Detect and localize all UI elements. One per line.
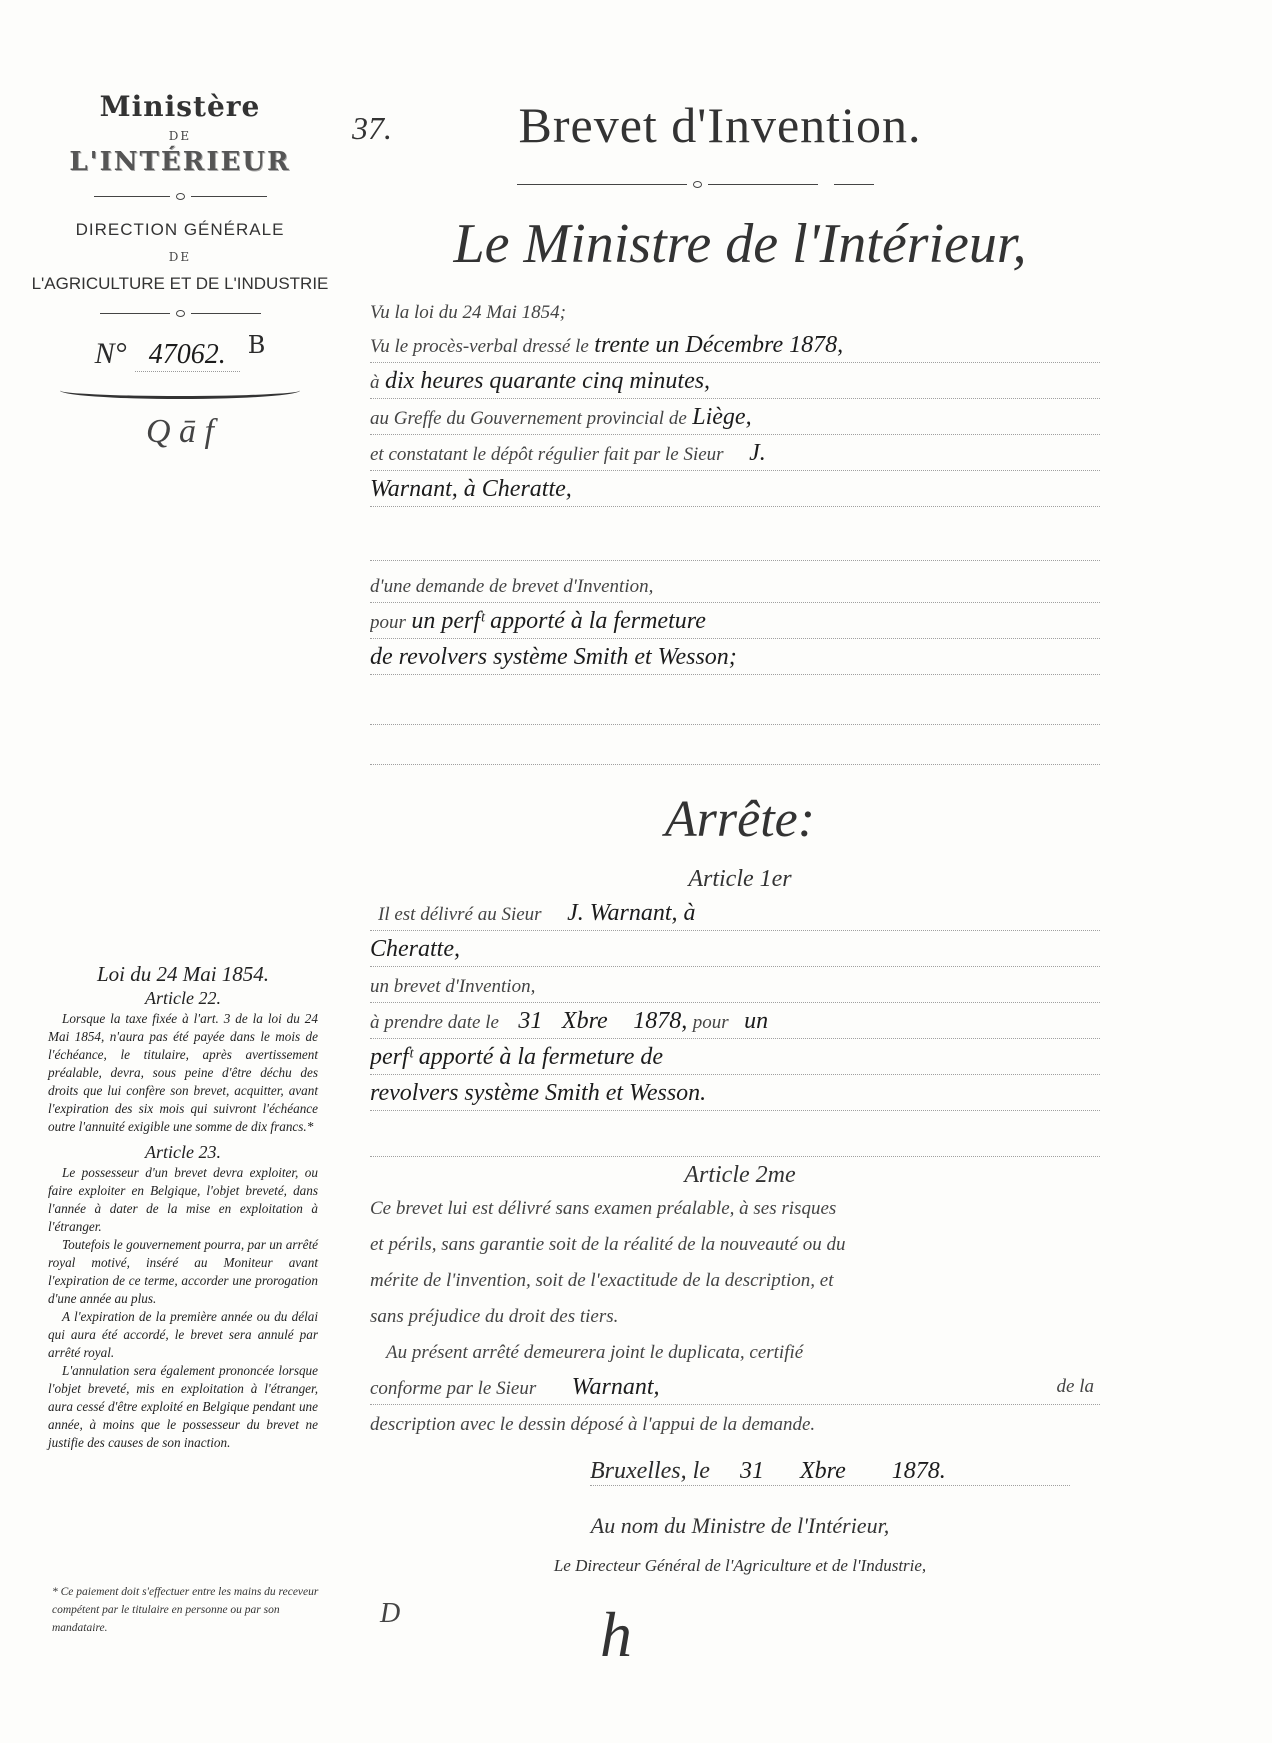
article1-line-2: Cheratte, bbox=[370, 932, 1100, 967]
article2-line-4: sans préjudice du droit des tiers. bbox=[370, 1298, 1100, 1332]
directeur-general-line: Le Directeur Général de l'Agriculture et… bbox=[380, 1556, 1100, 1576]
de-label: DE bbox=[20, 129, 340, 143]
preamble-line-2: Vu le procès-verbal dressé le trente un … bbox=[370, 328, 1100, 363]
brace-divider bbox=[60, 382, 300, 399]
number-suffix: B bbox=[248, 331, 266, 359]
preamble-line-4: au Greffe du Gouvernement provincial de … bbox=[370, 400, 1100, 435]
document-title: Brevet d'Invention. bbox=[400, 96, 1040, 154]
margin-annotation: Q ā f bbox=[20, 413, 340, 451]
place-label: Bruxelles, le bbox=[590, 1458, 710, 1484]
article2-heading: Article 2me bbox=[380, 1162, 1100, 1189]
title-ornament-divider bbox=[470, 181, 920, 188]
article22-text: Lorsque la taxe fixée à l'art. 3 de la l… bbox=[48, 1010, 318, 1136]
minister-heading: Le Ministre de l'Intérieur, bbox=[380, 212, 1100, 276]
date-day: 31 bbox=[740, 1458, 764, 1484]
preamble-line-3: à dix heures quarante cinq minutes, bbox=[370, 364, 1100, 399]
au-nom-du-ministre: Au nom du Ministre de l'Intérieur, bbox=[380, 1513, 1100, 1539]
direction-generale-label: DIRECTION GÉNÉRALE bbox=[20, 220, 340, 240]
article1-line-blank bbox=[370, 1122, 1100, 1157]
preamble-line-10: de revolvers système Smith et Wesson; bbox=[370, 640, 1100, 675]
article23-paragraph-4: L'annulation sera également prononcée lo… bbox=[48, 1362, 318, 1452]
article2-line-2: et périls, sans garantie soit de la réal… bbox=[370, 1226, 1100, 1260]
article2-line-7: description avec le dessin déposé à l'ap… bbox=[370, 1406, 1100, 1440]
left-margin-header: Ministère DE L'INTÉRIEUR DIRECTION GÉNÉR… bbox=[20, 90, 340, 451]
article23-title: Article 23. bbox=[48, 1140, 318, 1164]
interieur-heading: L'INTÉRIEUR bbox=[20, 147, 340, 177]
patent-number-row: N° 47062. B bbox=[20, 337, 340, 372]
agriculture-industrie-label: L'AGRICULTURE ET DE L'INDUSTRIE bbox=[20, 274, 340, 294]
law-excerpt: Loi du 24 Mai 1854. Article 22. Lorsque … bbox=[48, 962, 318, 1452]
ornament-divider-2 bbox=[20, 310, 340, 317]
payment-footnote: * Ce paiement doit s'effectuer entre les… bbox=[52, 1583, 322, 1637]
ministere-heading: Ministère bbox=[20, 90, 340, 123]
article2-line-1: Ce brevet lui est délivré sans examen pr… bbox=[370, 1190, 1100, 1224]
article1-line-4: à prendre date le 31 Xbre 1878, pour un bbox=[370, 1004, 1100, 1039]
preamble-line-5: et constatant le dépôt régulier fait par… bbox=[370, 436, 1100, 471]
preamble-line-9: pour un perfᵗ apporté à la fermeture bbox=[370, 604, 1100, 639]
article1-heading: Article 1er bbox=[380, 866, 1100, 893]
preamble-line-blank-2 bbox=[370, 690, 1100, 725]
article23-paragraph-1: Le possesseur d'un brevet devra exploite… bbox=[48, 1164, 318, 1236]
ornament-divider bbox=[20, 193, 340, 200]
date-year: 1878. bbox=[892, 1458, 946, 1484]
preamble-line-1: Vu la loi du 24 Mai 1854; bbox=[370, 294, 1100, 328]
article1-line-5: perfᵗ apporté à la fermeture de bbox=[370, 1040, 1100, 1075]
director-signature: h bbox=[600, 1598, 632, 1672]
preamble-line-6: Warnant, à Cheratte, bbox=[370, 472, 1100, 507]
clerk-initials: D bbox=[380, 1598, 400, 1630]
article23-paragraph-2: Toutefois le gouvernement pourra, par un… bbox=[48, 1236, 318, 1308]
de-label-2: DE bbox=[20, 250, 340, 264]
article2-line-3: mérite de l'invention, soit de l'exactit… bbox=[370, 1262, 1100, 1296]
article23-paragraph-3: A l'expiration de la première année ou d… bbox=[48, 1308, 318, 1362]
article22-title: Article 22. bbox=[48, 986, 318, 1010]
law-title: Loi du 24 Mai 1854. bbox=[48, 962, 318, 986]
arrete-heading: Arrête: bbox=[380, 790, 1100, 849]
article1-line-6: revolvers système Smith et Wesson. bbox=[370, 1076, 1100, 1111]
article1-line-1: Il est délivré au Sieur J. Warnant, à bbox=[370, 896, 1100, 931]
preamble-line-8: d'une demande de brevet d'Invention, bbox=[370, 568, 1100, 603]
patent-number: 47062. bbox=[135, 339, 240, 372]
place-date-line: Bruxelles, le 31 Xbre 1878. bbox=[590, 1458, 1070, 1486]
preamble-line-blank bbox=[370, 526, 1100, 561]
preamble-line-blank-3 bbox=[370, 730, 1100, 765]
article2-line-5: Au présent arrêté demeurera joint le dup… bbox=[370, 1334, 1100, 1368]
date-month: Xbre bbox=[800, 1458, 846, 1484]
article2-line-6: conforme par le Sieur Warnant, de la bbox=[370, 1370, 1100, 1405]
number-prefix: N° bbox=[95, 337, 127, 371]
article1-line-3: un brevet d'Invention, bbox=[370, 968, 1100, 1003]
page-number: 37. bbox=[352, 110, 392, 147]
